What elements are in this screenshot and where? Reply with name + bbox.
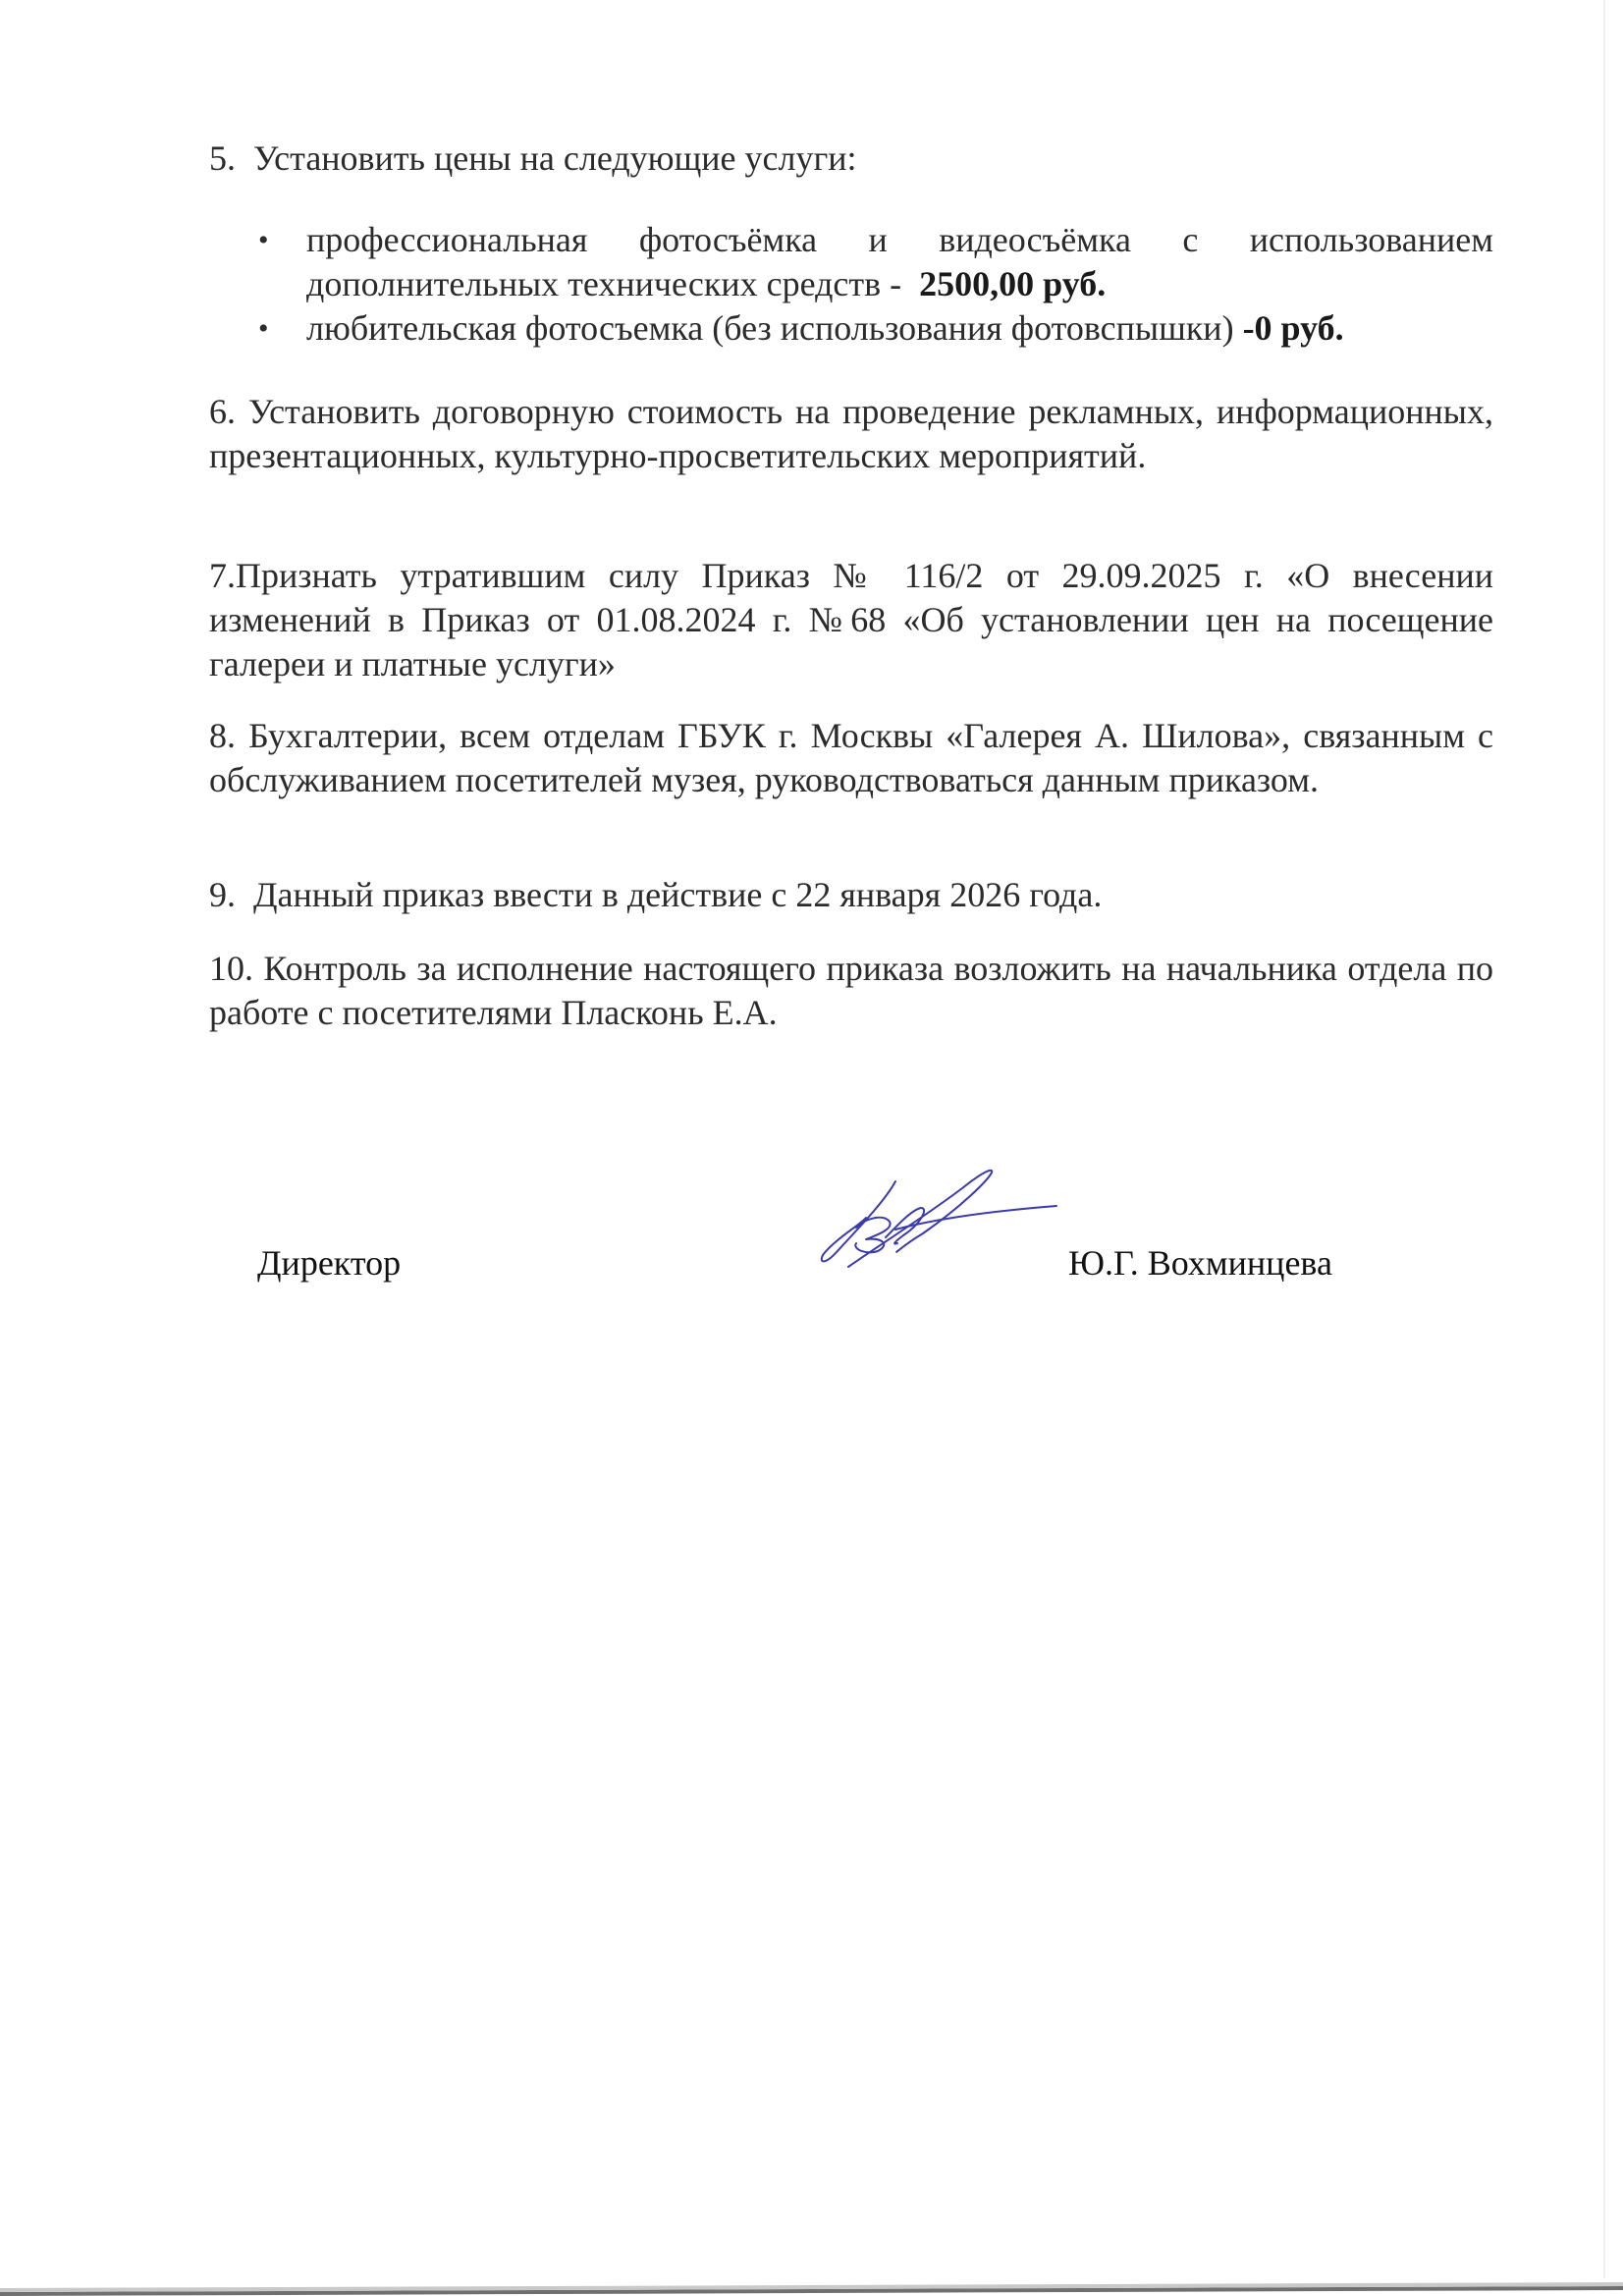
list-item: • любительская фотосъемка (без использов…: [209, 306, 1493, 351]
item-5: 5. Установить цены на следующие услуги:: [209, 137, 1493, 181]
item-number: 5.: [209, 138, 236, 178]
item-number: 9.: [209, 875, 236, 914]
item-7: 7.Признать утратившим силу Приказ № 116/…: [209, 554, 1493, 686]
item-10: 10. Контроль за исполнение настоящего пр…: [209, 947, 1493, 1035]
document-page: 5. Установить цены на следующие услуги: …: [0, 0, 1623, 2296]
scan-edge-right: [1603, 0, 1605, 2278]
item-number: 8.: [209, 716, 236, 755]
signatory-name: Ю.Г. Вохминцева: [1068, 1241, 1332, 1285]
signatory-title: Директор: [257, 1241, 401, 1285]
service-price: -0 руб.: [1243, 308, 1344, 348]
item-number: 6.: [209, 392, 236, 431]
item-9: 9. Данный приказ ввести в действие с 22 …: [209, 873, 1493, 917]
item-text: Установить договорную стоимость на прове…: [209, 392, 1493, 475]
signature-row: Директор Ю.Г. Вохминцева: [0, 1241, 1623, 1285]
list-item: • профессиональная фотосъёмка и видеосъё…: [209, 218, 1493, 306]
item-text: Признать утратившим силу Приказ № 116/2 …: [209, 556, 1493, 683]
item-text: Контроль за исполнение настоящего приказ…: [209, 949, 1493, 1032]
item-number: 10.: [209, 949, 253, 988]
item-text: Установить цены на следующие услуги:: [253, 138, 857, 178]
item-text: Данный приказ ввести в действие с 22 янв…: [253, 875, 1102, 914]
price-list: • профессиональная фотосъёмка и видеосъё…: [209, 218, 1493, 351]
service-price: 2500,00 руб.: [919, 264, 1106, 303]
item-8: 8. Бухгалтерии, всем отделам ГБУК г. Мос…: [209, 714, 1493, 802]
service-text: профессиональная фотосъёмка и видеосъёмк…: [306, 220, 1493, 303]
item-number: 7.: [209, 556, 236, 595]
item-text: Бухгалтерии, всем отделам ГБУК г. Москвы…: [209, 716, 1493, 799]
scan-edge-bottom: [0, 2282, 1623, 2296]
item-6: 6. Установить договорную стоимость на пр…: [209, 390, 1493, 478]
bullet-icon: •: [258, 218, 269, 262]
bullet-icon: •: [258, 306, 269, 351]
service-text: любительская фотосъемка (без использован…: [306, 308, 1243, 348]
